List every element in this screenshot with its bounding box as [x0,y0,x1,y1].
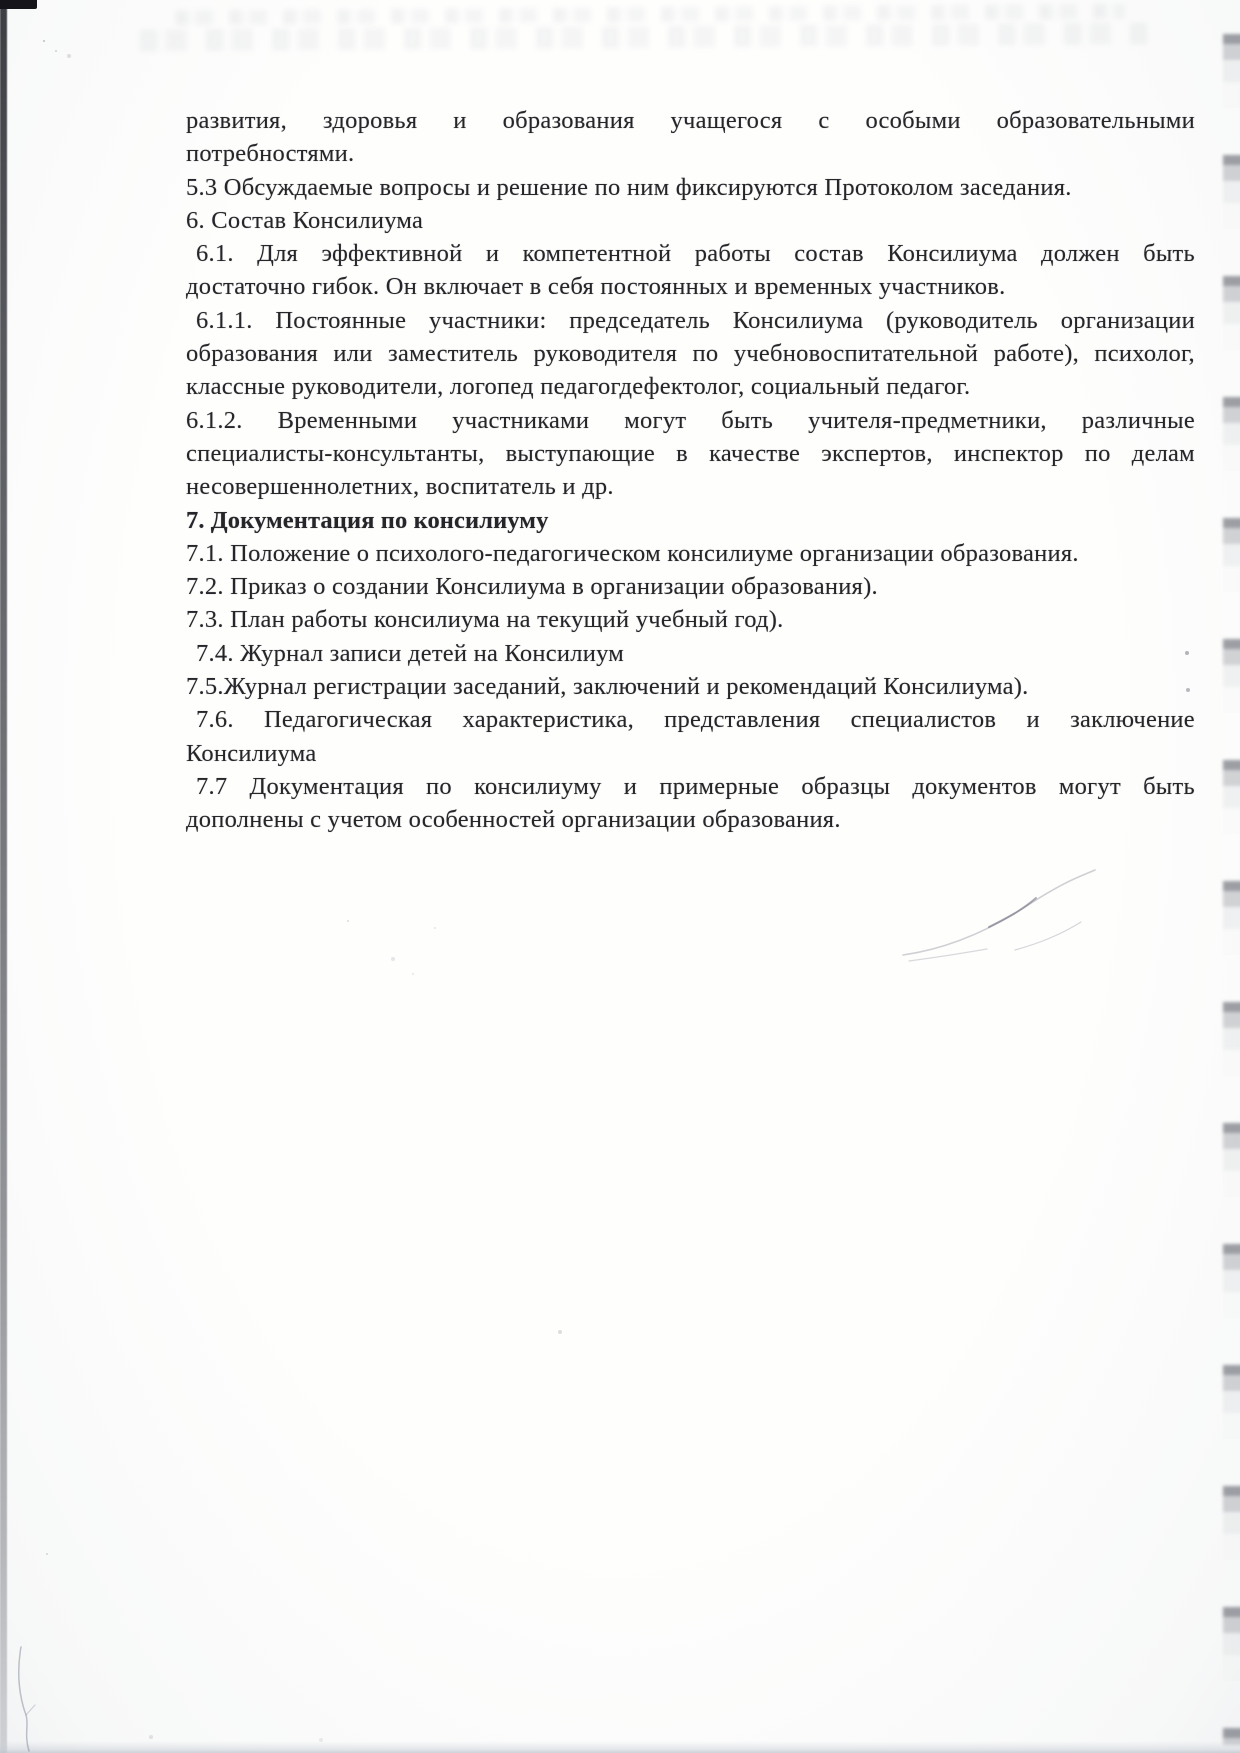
word: примерные [659,770,779,803]
dust-specks [0,0,2,2]
word: по [1085,437,1111,470]
word: консилиуму [474,770,602,803]
text-line: 6.1.1.Постоянныеучастники:председательКо… [186,304,1195,337]
scanned-page: развития,здоровьяиобразованияучащегосясо… [0,0,1240,1753]
word: (руководитель [886,304,1038,337]
word: 7.7 [196,770,227,803]
text-line: 5.3 Обсуждаемые вопросы и решение по ним… [186,171,1195,204]
text-line: развития,здоровьяиобразованияучащегосясо… [186,104,1195,137]
word: 6.1. [196,237,234,270]
word: 6.1.2. [186,404,243,437]
scanned-document: { "page": { "kind": "scanned-document-pa… [0,0,1240,1753]
word: руководителя [533,337,677,370]
bleedthrough-ghost-text-row1 [175,4,1125,26]
scratch-mark [6,1645,56,1753]
word: и [453,104,466,137]
text-line: потребностями. [186,137,1195,170]
word: по [693,337,719,370]
text-line: 7.7Документацияпоконсилиумуипримерныеобр… [186,770,1195,803]
word: специалистов [851,703,997,736]
word: учащегося [671,104,783,137]
word: председатель [569,304,710,337]
text-line: образованияилизаместительруководителяпоу… [186,337,1195,370]
text-line: 7.1. Положение о психолого-педагогическо… [186,537,1195,570]
word: делам [1132,437,1195,470]
word: Для [257,237,298,270]
word: состав [794,237,864,270]
text-line: 6.1.2.Временнымиучастникамимогутбытьучит… [186,404,1195,437]
word: участниками [452,404,589,437]
word: быть [1143,770,1195,803]
word: и [486,237,499,270]
text-line: 6.1.Дляэффективнойикомпетентнойработысос… [186,237,1195,270]
pencil-scribble-mark [893,853,1107,975]
word: развития, [186,104,287,137]
word: могут [1059,770,1121,803]
text-line: классные руководители, логопед педагогде… [186,370,1195,403]
word: быть [721,404,773,437]
bleedthrough-ghost-text-row2 [140,22,1150,51]
word: и [1026,703,1039,736]
word: участники: [429,304,547,337]
word: учителя-предметники, [808,404,1047,437]
word: работы [695,237,771,270]
word: могут [624,404,686,437]
word: образования [503,104,635,137]
word: учебновоспитательной [734,337,978,370]
word: быть [1143,237,1195,270]
word: качестве [709,437,800,470]
word: в [676,437,688,470]
word: особыми [865,104,960,137]
text-line: достаточно гибок. Он включает в себя пос… [186,270,1195,303]
word: Документация [250,770,404,803]
text-line: 7.2. Приказ о создании Консилиума в орга… [186,570,1195,603]
word: Педагогическая [264,703,432,736]
word: различные [1082,404,1195,437]
word: работе), [994,337,1079,370]
scan-corner-artifact [0,0,37,9]
word: с [818,104,829,137]
word: экспертов, [821,437,932,470]
word: инспектор [954,437,1064,470]
text-line: Консилиума [186,737,1195,770]
word: 6.1.1. [196,304,253,337]
document-text: развития,здоровьяиобразованияучащегосясо… [186,104,1195,837]
word: и [624,770,637,803]
scan-binding-smudges [1223,34,1240,1745]
word: выступающие [506,437,655,470]
word: образовательными [997,104,1195,137]
word: специалисты-консультанты, [186,437,484,470]
text-line: 7.4. Журнал записи детей на Консилиум [186,637,1195,670]
word: должен [1041,237,1120,270]
word: образования [186,337,318,370]
word: документов [912,770,1036,803]
word: представления [664,703,820,736]
word: Постоянные [275,304,406,337]
word: заключение [1070,703,1195,736]
text-line: дополнены с учетом особенностей организа… [186,803,1195,836]
word: характеристика, [463,703,634,736]
word: Консилиума [733,304,863,337]
word: Временными [278,404,418,437]
text-line: 7.3. План работы консилиума на текущий у… [186,603,1195,636]
word: здоровья [323,104,417,137]
text-line: специалисты-консультанты,выступающиевкач… [186,437,1195,470]
word: психолог, [1094,337,1194,370]
text-line: несовершеннолетних, воспитатель и др. [186,470,1195,503]
scan-left-edge-shadow [0,0,7,1753]
scan-bottom-edge-shadow [0,1741,1240,1753]
word: компетентной [523,237,672,270]
word: Консилиума [887,237,1017,270]
word: 7.6. [196,703,234,736]
word: заместитель [388,337,518,370]
text-line: 7.6.Педагогическаяхарактеристика,предста… [186,703,1195,736]
text-line: 6. Состав Консилиума [186,204,1195,237]
text-line: 7. Документация по консилиуму [186,504,1195,537]
word: эффективной [321,237,462,270]
word: или [333,337,372,370]
word: образцы [801,770,890,803]
word: по [426,770,452,803]
text-line: 7.5.Журнал регистрации заседаний, заключ… [186,670,1195,703]
word: организации [1061,304,1195,337]
